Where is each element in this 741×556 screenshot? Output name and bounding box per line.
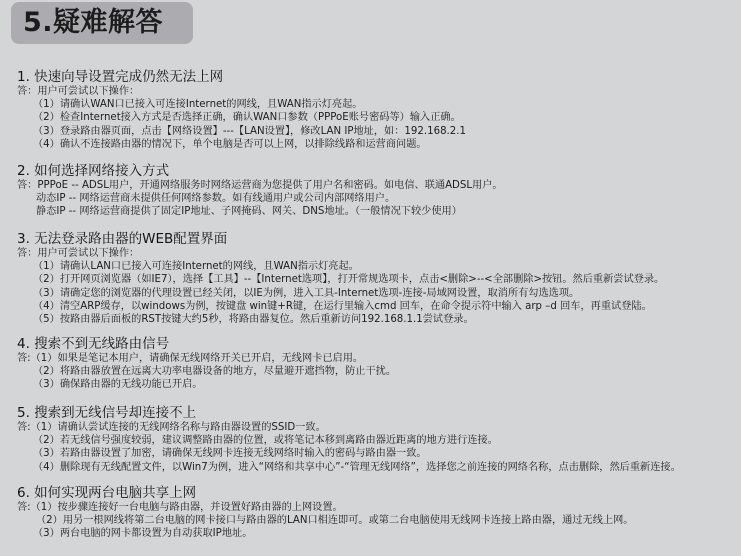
faq-section-1: 1. 快速向导设置完成仍然无法上网 答：用户可尝试以下操作： （1）请确认WAN… <box>17 69 737 151</box>
faq-answer-item: （4）确认不连接路由器的情况下，单个电脑是否可以上网，以排除线路和运营商问题。 <box>17 138 737 151</box>
faq-section-6: 6. 如何实现两台电脑共享上网 答:（1）按步骤连接好一台电脑与路由器，并设置好… <box>17 485 737 541</box>
faq-answer-prefix: 答：用户可尝试以下操作： <box>17 85 737 98</box>
faq-question: 6. 如何实现两台电脑共享上网 <box>17 485 737 501</box>
faq-question: 1. 快速向导设置完成仍然无法上网 <box>17 69 737 85</box>
faq-answer-item: （3）两台电脑的网卡都设置为自动获取IP地址。 <box>17 527 737 540</box>
faq-question: 5. 搜索到无线信号却连接不上 <box>17 405 737 421</box>
faq-question: 2. 如何选择网络接入方式 <box>17 163 737 179</box>
faq-section-4: 4. 搜索不到无线路由信号 答:（1）如果是笔记本用户，请确保无线网络开关已开启… <box>17 336 737 392</box>
faq-answer-item: （4）删除现有无线配置文件，以Win7为例，进入“网络和共享中心”-“管理无线网… <box>17 461 737 474</box>
faq-section-2: 2. 如何选择网络接入方式 答：PPPoE -- ADSL用户，开通网络服务时网… <box>17 163 737 219</box>
faq-answer-item: （3）请确定您的浏览器的代理设置已经关闭，以IE为例，进入工具-Internet… <box>17 287 737 300</box>
faq-answer-item: （2）将路由器放置在远离大功率电器设备的地方，尽量避开遮挡物，防止干扰。 <box>17 365 737 378</box>
faq-answer-item: （4）清空ARP缓存，以windows为例，按键盘 win键+R键，在运行里输入… <box>17 300 737 313</box>
faq-answer-item: （3）确保路由器的无线功能已开启。 <box>17 378 737 391</box>
page-title: 5.疑难解答 <box>23 7 163 39</box>
faq-answer-prefix: 答:（1）如果是笔记本用户，请确保无线网络开关已开启，无线网卡已启用。 <box>17 352 737 365</box>
faq-answer-prefix: 答:（1）按步骤连接好一台电脑与路由器，并设置好路由器的上网设置。 <box>17 501 737 514</box>
faq-answer-item: （3）登录路由器页面，点击【网络设置】---【LAN设置】，修改LAN IP地址… <box>17 125 737 138</box>
faq-answer-item: （2）打开网页浏览器（如IE7），选择【工具】--【Internet选项】，打开… <box>17 273 737 286</box>
faq-answer-item: 静态IP -- 网络运营商提供了固定IP地址、子网掩码、网关、DNS地址。（一般… <box>17 205 737 218</box>
faq-answer-item: （1）请确认LAN口已接入可连接Internet的网线，且WAN指示灯亮起。 <box>17 260 737 273</box>
faq-question: 3. 无法登录路由器的WEB配置界面 <box>17 231 737 247</box>
faq-answer-item: 动态IP -- 网络运营商未提供任何网络参数。如有线通用户或公司内部网络用户。 <box>17 192 737 205</box>
faq-section-3: 3. 无法登录路由器的WEB配置界面 答：用户可尝试以下操作： （1）请确认LA… <box>17 231 737 326</box>
faq-answer-prefix: 答：PPPoE -- ADSL用户，开通网络服务时网络运营商为您提供了用户名和密… <box>17 179 737 192</box>
faq-answer-item: （1）请确认WAN口已接入可连接Internet的网线，且WAN指示灯亮起。 <box>17 98 737 111</box>
faq-answer-item: （5）按路由器后面板的RST按键大约5秒，将路由器复位。然后重新访问192.16… <box>17 313 737 326</box>
faq-answer-item: （2）检查Internet接入方式是否选择正确，确认WAN口参数（PPPoE账号… <box>17 111 737 124</box>
section-title-box: 5.疑难解答 <box>11 2 193 44</box>
faq-question: 4. 搜索不到无线路由信号 <box>17 336 737 352</box>
faq-answer-item: （3）若路由器设置了加密，请确保无线网卡连接无线网络时输入的密码与路由器一致。 <box>17 447 737 460</box>
faq-answer-prefix: 答:（1）请确认尝试连接的无线网络名称与路由器设置的SSID一致。 <box>17 421 737 434</box>
faq-answer-item: （2）若无线信号强度较弱，建议调整路由器的位置，或将笔记本移到离路由器近距离的地… <box>17 434 737 447</box>
faq-section-5: 5. 搜索到无线信号却连接不上 答:（1）请确认尝试连接的无线网络名称与路由器设… <box>17 405 737 474</box>
faq-answer-item: （2）用另一根网线将第二台电脑的网卡接口与路由器的LAN口相连即可。或第二台电脑… <box>17 514 737 527</box>
faq-answer-prefix: 答：用户可尝试以下操作： <box>17 247 737 260</box>
